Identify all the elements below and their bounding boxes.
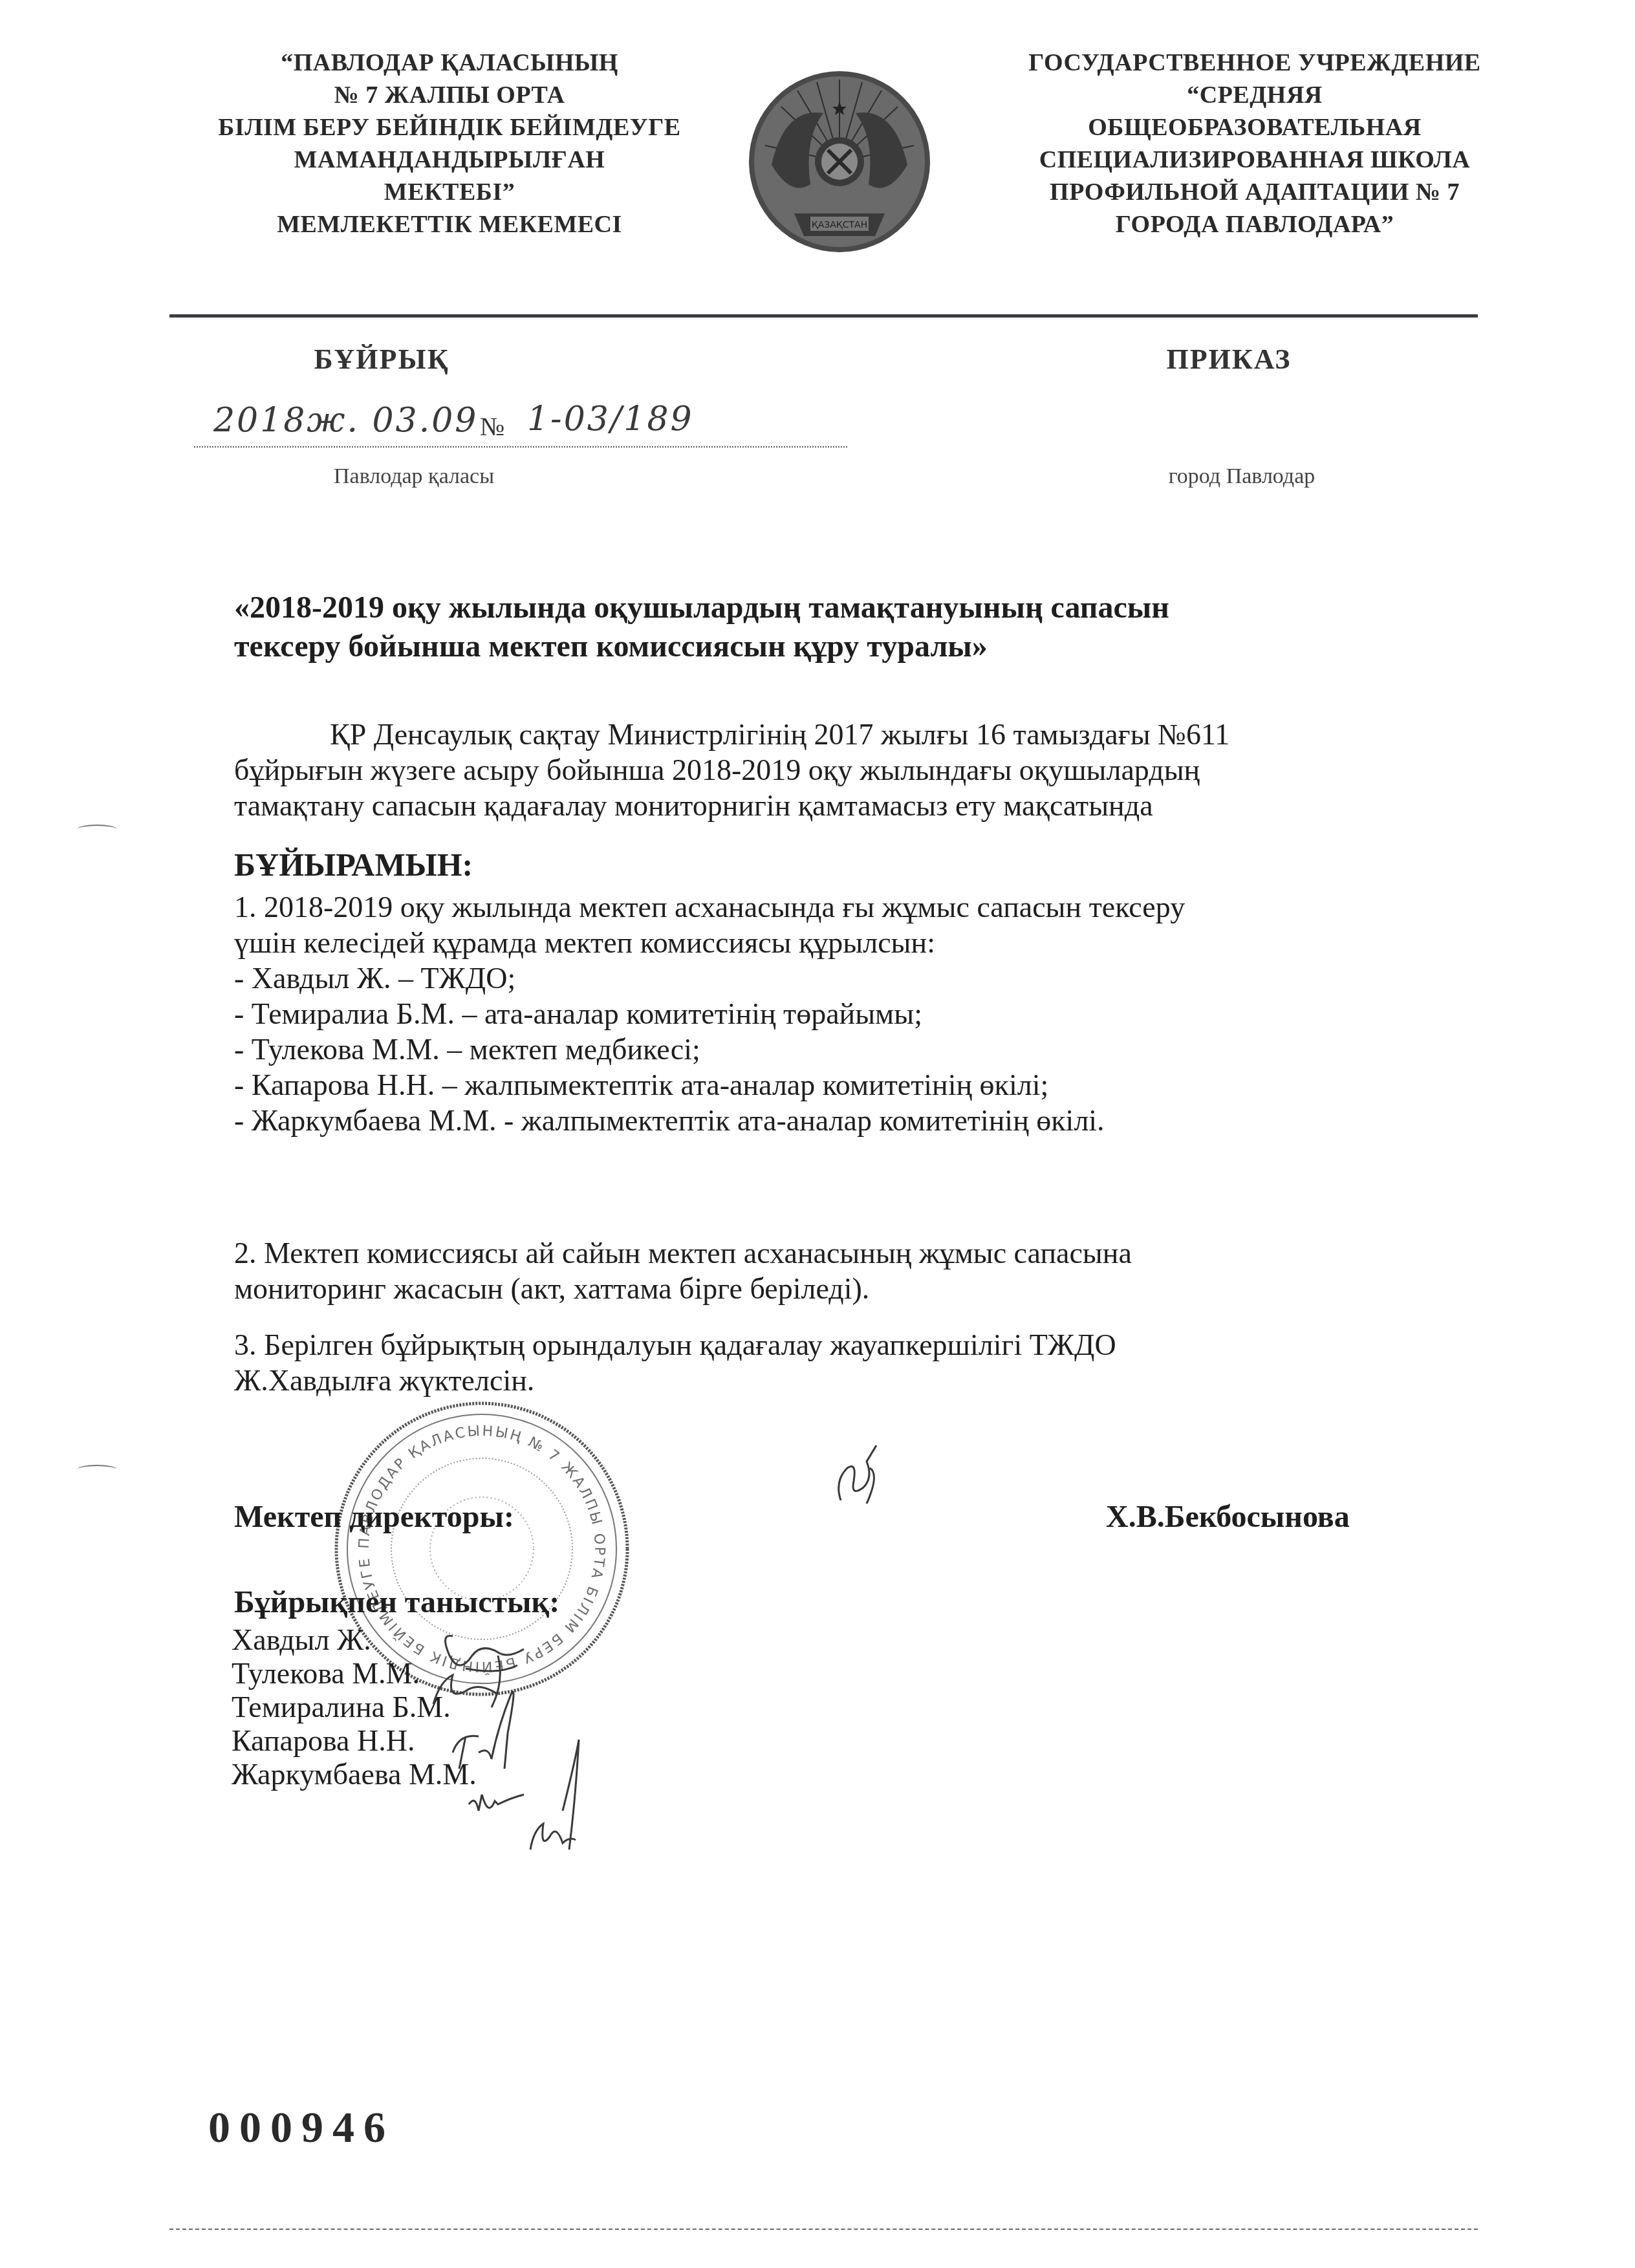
item-3-line: 3. Берілген бұйрықтың орындалуын қадағал… <box>234 1327 1116 1363</box>
margin-punch-mark <box>78 1465 116 1474</box>
item-3-line: Ж.Хавдылға жүктелсін. <box>234 1363 1116 1398</box>
item-1-line: үшін келесідей құрамда мектеп комиссиясы… <box>234 925 1185 960</box>
margin-punch-mark <box>78 825 116 834</box>
header-kz-line: МАМАНДАНДЫРЫЛҒАН <box>165 144 734 176</box>
header-ru-line: “СРЕДНЯЯ <box>977 79 1533 111</box>
acknowledgement-label: Бұйрықпен таныстық: <box>234 1584 559 1620</box>
header-kz-line: МЕМЛЕКЕТТІК МЕКЕМЕСІ <box>165 208 734 241</box>
handwritten-number: 1-03/189 <box>527 400 694 438</box>
registration-underline <box>194 446 847 448</box>
svg-text:ҚАЗАҚСТАН: ҚАЗАҚСТАН <box>812 220 867 230</box>
city-kz: Павлодар қаласы <box>259 464 569 489</box>
header-kz-line: БІЛІМ БЕРУ БЕЙІНДІК БЕЙІМДЕУГЕ <box>165 111 734 144</box>
preamble: ҚР Денсаулық сақтау Министрлігінің 2017 … <box>234 717 1229 823</box>
doc-type-kz: БҰЙРЫҚ <box>272 343 492 376</box>
preamble-line: бұйрығын жүзеге асыру бойынша 2018-2019 … <box>234 752 1229 788</box>
preamble-line: ҚР Денсаулық сақтау Министрлігінің 2017 … <box>234 717 1229 752</box>
header-ru-line: ГОРОДА ПАВЛОДАРА” <box>977 208 1533 241</box>
commission-member: - Тулекова М.М. – мектеп медбикесі; <box>234 1031 1185 1067</box>
header-ru-line: ОБЩЕОБРАЗОВАТЕЛЬНАЯ <box>977 111 1533 144</box>
header-ru-line: ПРОФИЛЬНОЙ АДАПТАЦИИ № 7 <box>977 176 1533 208</box>
director-name: Х.В.Бекбосынова <box>1106 1499 1350 1535</box>
order-item-1: 1. 2018-2019 оқу жылында мектеп асханасы… <box>234 889 1185 1138</box>
order-keyword: БҰЙЫРАМЫН: <box>234 847 473 883</box>
footer-divider <box>169 2229 1478 2230</box>
header-ru-line: СПЕЦИАЛИЗИРОВАННАЯ ШКОЛА <box>977 144 1533 176</box>
order-title: «2018-2019 оқу жылында оқушылардың тамақ… <box>234 589 1169 666</box>
commission-member: - Темиралиа Б.М. – ата-аналар комитетіні… <box>234 996 1185 1031</box>
header-institution-ru: ГОСУДАРСТВЕННОЕ УЧРЕЖДЕНИЕ “СРЕДНЯЯ ОБЩЕ… <box>977 47 1533 241</box>
item-2-line: 2. Мектеп комиссиясы ай сайын мектеп асх… <box>234 1235 1132 1271</box>
item-2-line: мониторинг жасасын (акт, хаттама бірге б… <box>234 1271 1132 1306</box>
order-item-3: 3. Берілген бұйрықтың орындалуын қадағал… <box>234 1327 1116 1398</box>
commission-member: - Жаркумбаева М.М. - жалпымектептік ата-… <box>234 1103 1185 1138</box>
header-institution-kz: “ПАВЛОДАР ҚАЛАСЫНЫҢ № 7 ЖАЛПЫ ОРТА БІЛІМ… <box>165 47 734 241</box>
order-title-line: «2018-2019 оқу жылында оқушылардың тамақ… <box>234 589 1169 627</box>
serial-number: 000946 <box>208 2102 395 2153</box>
order-title-line: тексеру бойынша мектеп комиссиясын құру … <box>234 627 1169 666</box>
doc-type-ru: ПРИКАЗ <box>1119 343 1339 376</box>
number-sign: № <box>480 411 504 442</box>
header-kz-line: МЕКТЕБІ” <box>165 176 734 208</box>
director-signature-icon <box>828 1442 893 1517</box>
header-kz-line: № 7 ЖАЛПЫ ОРТА <box>165 79 734 111</box>
commission-member: - Капарова Н.Н. – жалпымектептік ата-ана… <box>234 1067 1185 1103</box>
order-item-2: 2. Мектеп комиссиясы ай сайын мектеп асх… <box>234 1235 1132 1306</box>
item-1-line: 1. 2018-2019 оқу жылында мектеп асханасы… <box>234 889 1185 925</box>
preamble-line: тамақтану сапасын қадағалау мониторнигін… <box>234 788 1229 823</box>
kazakhstan-emblem-icon: ҚАЗАҚСТАН <box>746 68 933 255</box>
header-divider <box>169 314 1478 318</box>
city-ru: город Павлодар <box>1125 464 1358 489</box>
signature-icon <box>369 1630 640 1866</box>
header-kz-line: “ПАВЛОДАР ҚАЛАСЫНЫҢ <box>165 47 734 79</box>
director-label: Мектеп директоры: <box>234 1499 514 1535</box>
handwritten-date: 2018ж. 03.09 <box>213 401 478 440</box>
header-ru-line: ГОСУДАРСТВЕННОЕ УЧРЕЖДЕНИЕ <box>977 47 1533 79</box>
commission-member: - Хавдыл Ж. – ТЖДО; <box>234 960 1185 996</box>
